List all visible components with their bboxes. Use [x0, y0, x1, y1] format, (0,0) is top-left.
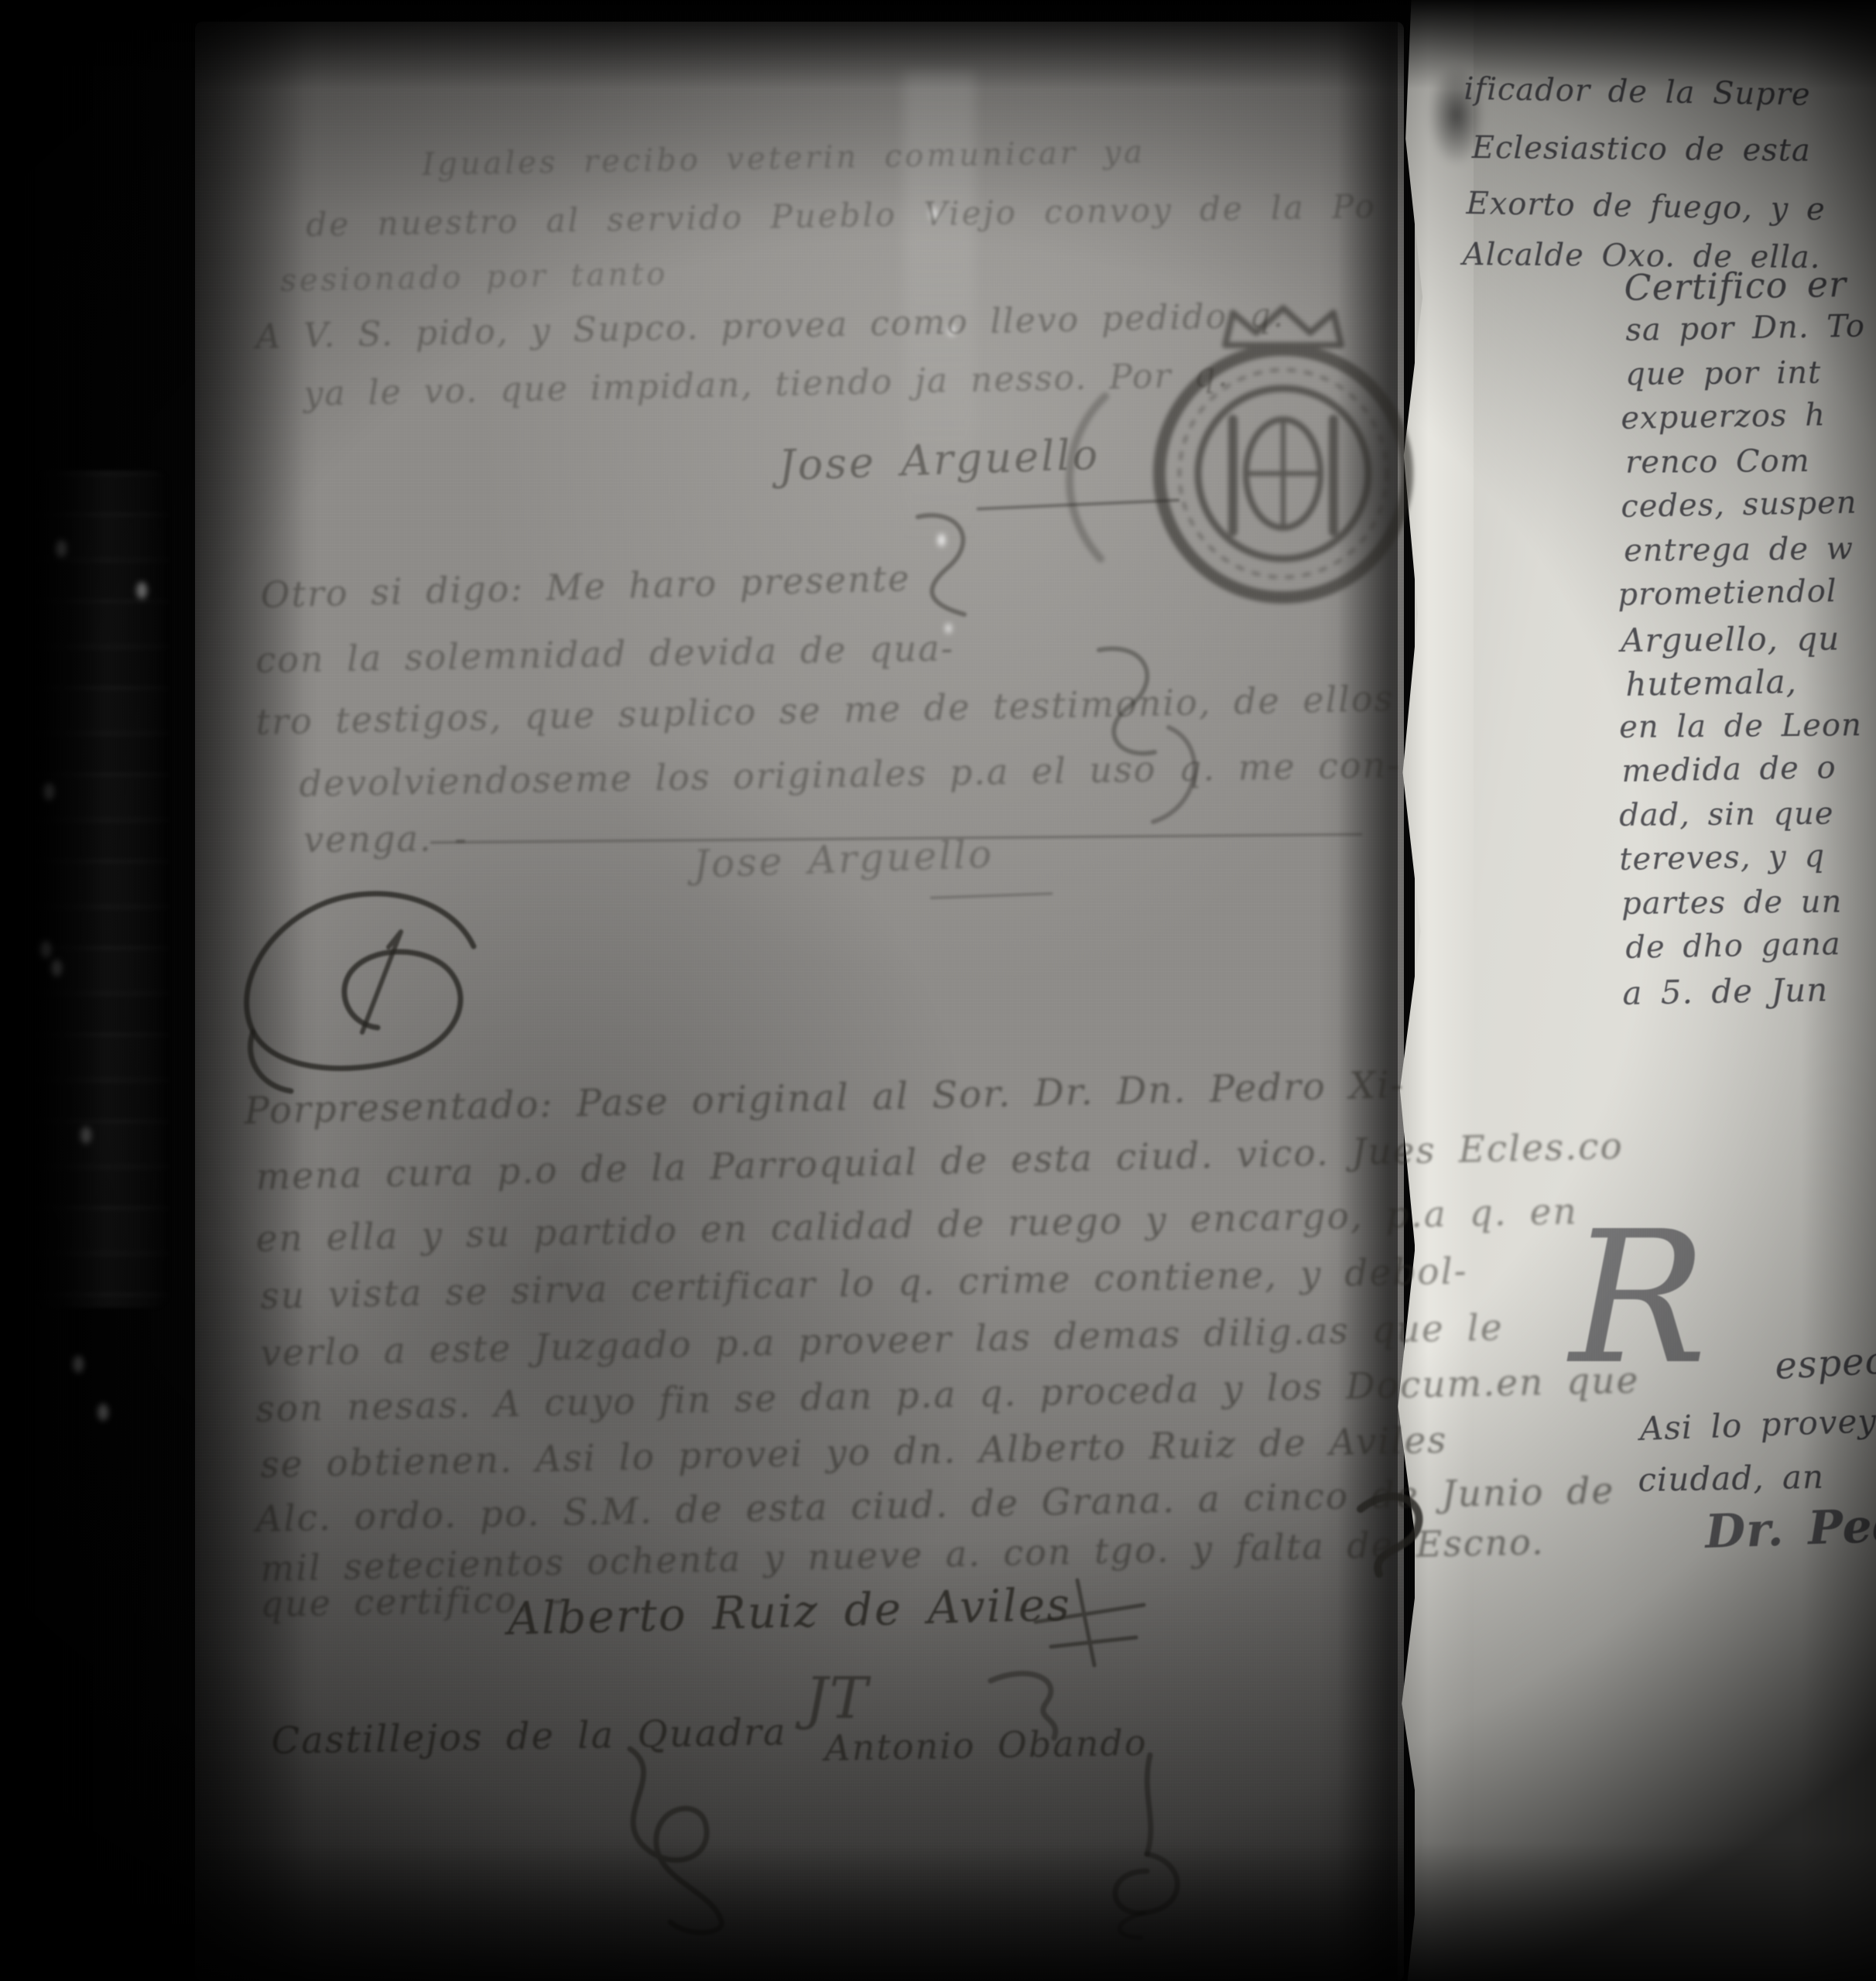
vignette: [0, 0, 1876, 1981]
manuscript-photo: Iguales recibo veterin comunicar ya de n…: [0, 0, 1876, 1981]
